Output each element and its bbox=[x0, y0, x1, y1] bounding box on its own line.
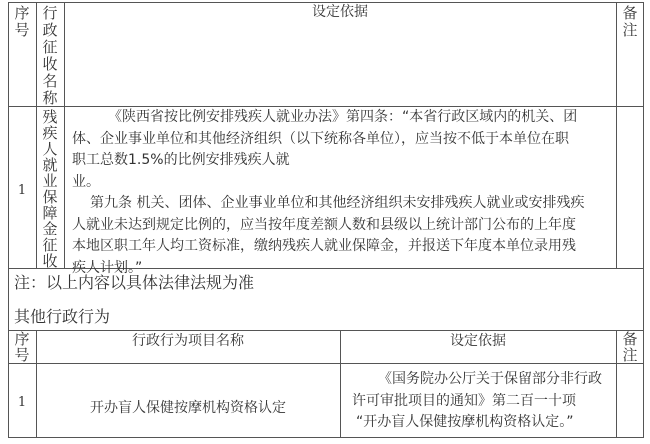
note-left-border bbox=[8, 268, 9, 330]
basis-line: 本地区职工年人均工资标准，缴纳残疾人就业保障金，并报送下年度本单位录用残 bbox=[72, 236, 584, 258]
table2-header-basis: 设定依据 bbox=[340, 331, 616, 352]
table1-right-border bbox=[643, 2, 644, 268]
table2-left-border bbox=[8, 330, 9, 437]
basis-line: “开办盲人保健按摩机构资格认定。” bbox=[352, 412, 602, 434]
table1-col-divider-2 bbox=[64, 2, 65, 268]
basis-line: 《陕西省按比例安排残疾人就业办法》第四条：“本省行政区域内的机关、团 bbox=[72, 107, 584, 129]
table2-row1-seq: 1 bbox=[8, 392, 36, 413]
basis-line: 职工总数1.5%的比例安排残疾人就 bbox=[72, 150, 584, 172]
table2-row1-basis: 《国务院办公厅关于保留部分非行政 许可审批项目的通知》第二百一十项 “开办盲人保… bbox=[352, 369, 602, 434]
table2-row1-name: 开办盲人保健按摩机构资格认定 bbox=[36, 398, 340, 419]
table1-left-border bbox=[8, 2, 9, 268]
basis-line: 第九条 机关、团体、企业事业单位和其他经济组织未安排残疾人就业或安排残疾 bbox=[72, 193, 584, 215]
table1-header-seq: 序号 bbox=[14, 5, 30, 39]
table1-col-divider-3 bbox=[616, 2, 617, 268]
basis-line: 许可审批项目的通知》第二百一十项 bbox=[352, 391, 602, 413]
table1-row1-name: 残疾人就业保障金征收 bbox=[42, 109, 58, 269]
basis-line: 体、企业事业单位和其他经济组织（以下统称各单位），应当按不低于本单位在职 bbox=[72, 129, 584, 151]
table2-col-divider-3 bbox=[616, 330, 617, 437]
section-title: 其他行政行为 bbox=[14, 306, 110, 328]
table2-header-remark: 备注 bbox=[622, 331, 638, 363]
table1-header-remark: 备注 bbox=[622, 5, 638, 39]
table1-header-name: 行政征收名称 bbox=[42, 5, 58, 107]
basis-line: 人就业未达到规定比例的，应当按年度差额人数和县级以上统计部门公布的上年度 bbox=[72, 215, 584, 237]
table1-row1-seq: 1 bbox=[8, 180, 36, 201]
note-right-border bbox=[643, 268, 644, 330]
table1-col-divider-1 bbox=[36, 2, 37, 268]
table1-row1-basis: 《陕西省按比例安排残疾人就业办法》第四条：“本省行政区域内的机关、团 体、企业事… bbox=[72, 107, 584, 279]
table2-header-seq: 序号 bbox=[14, 331, 30, 363]
basis-line: 《国务院办公厅关于保留部分非行政 bbox=[352, 369, 602, 391]
table2-header-name: 行政行为项目名称 bbox=[36, 331, 340, 352]
table2-header-bottom-border bbox=[8, 363, 644, 364]
table2-right-border bbox=[643, 330, 644, 437]
table2-bottom-border bbox=[8, 437, 644, 438]
note-text: 注：以上内容以具体法律法规为准 bbox=[14, 272, 254, 294]
basis-line: 业。 bbox=[72, 172, 584, 194]
table1-header-basis: 设定依据 bbox=[64, 2, 616, 23]
